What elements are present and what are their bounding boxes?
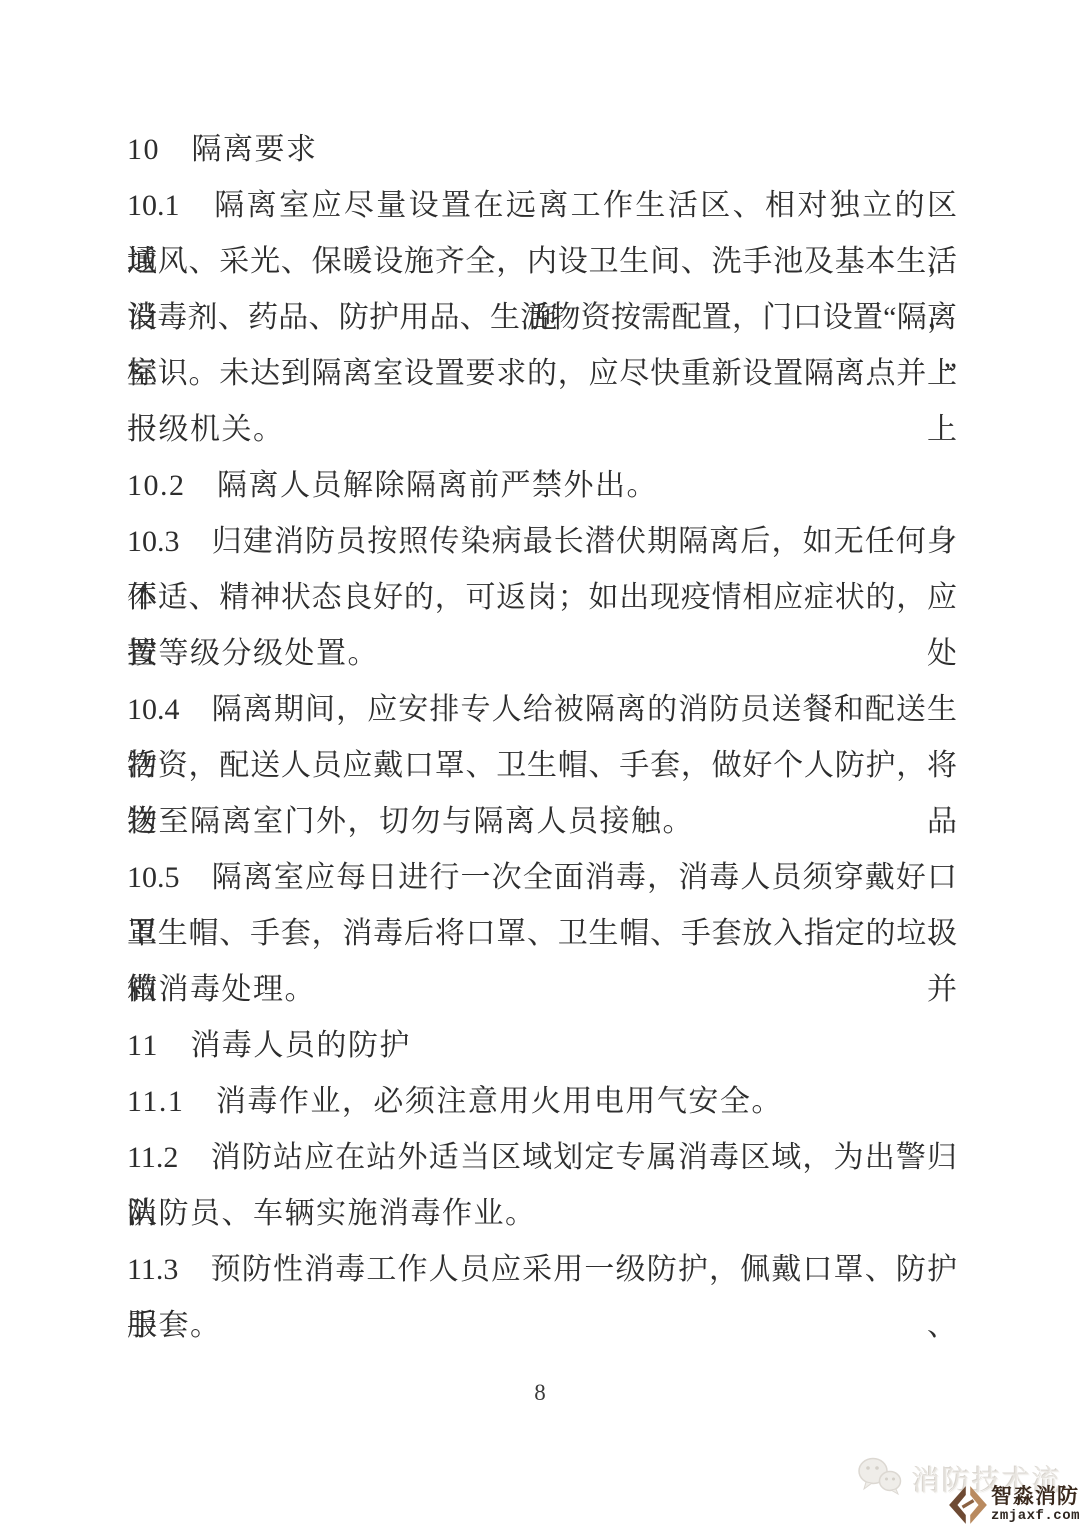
brand-text: 智淼消防 zmjaxf.com [991, 1485, 1080, 1524]
diamond-logo-icon [948, 1485, 988, 1527]
text-line: 10.2 隔离人员解除隔离前严禁外出。 [127, 458, 957, 514]
text-line: 通风、采光、保暖设施齐全，内设卫生间、洗手池及基本生活设施， [127, 234, 957, 290]
brand-domain: zmjaxf.com [991, 1508, 1080, 1524]
text-line: 卫生帽、手套，消毒后将口罩、卫生帽、手套放入指定的垃圾箱并 [127, 906, 957, 962]
brand-name: 智淼消防 [991, 1485, 1080, 1508]
wechat-icon [856, 1456, 904, 1501]
text-line: 10.1 隔离室应尽量设置在远离工作生活区、相对独立的区域， [127, 178, 957, 234]
section-heading-10: 10 隔离要求 [127, 122, 957, 178]
text-line: 11.2 消防站应在站外适当区域划定专属消毒区域，为出警归队 [127, 1130, 957, 1186]
text-line: 物资，配送人员应戴口罩、卫生帽、手套，做好个人防护，将物品 [127, 738, 957, 794]
text-line: 消防员、车辆实施消毒作业。 [127, 1186, 957, 1242]
document-page: 10 隔离要求 10.1 隔离室应尽量设置在远离工作生活区、相对独立的区域， 通… [0, 0, 1080, 1527]
text-line: 10.3 归建消防员按照传染病最长潜伏期隔离后，如无任何身体 [127, 514, 957, 570]
page-number: 8 [0, 1380, 1080, 1406]
text-line: 11.3 预防性消毒工作人员应采用一级防护，佩戴口罩、防护服、 [127, 1242, 957, 1298]
text-line: 10.5 隔离室应每日进行一次全面消毒，消毒人员须穿戴好口罩、 [127, 850, 957, 906]
text-line: 11.1 消毒作业，必须注意用火用电用气安全。 [127, 1074, 957, 1130]
document-body: 10 隔离要求 10.1 隔离室应尽量设置在远离工作生活区、相对独立的区域， 通… [127, 122, 957, 1354]
text-line: 10.4 隔离期间，应安排专人给被隔离的消防员送餐和配送生活 [127, 682, 957, 738]
text-line: 不适、精神状态良好的，可返岗；如出现疫情相应症状的，应按处 [127, 570, 957, 626]
text-line: 消毒剂、药品、防护用品、生活物资按需配置，门口设置“隔离室” [127, 290, 957, 346]
brand-logo: 智淼消防 zmjaxf.com [948, 1485, 1080, 1527]
section-heading-11: 11 消毒人员的防护 [127, 1018, 957, 1074]
text-line: 标识。未达到隔离室设置要求的，应尽快重新设置隔离点并上报上 [127, 346, 957, 402]
